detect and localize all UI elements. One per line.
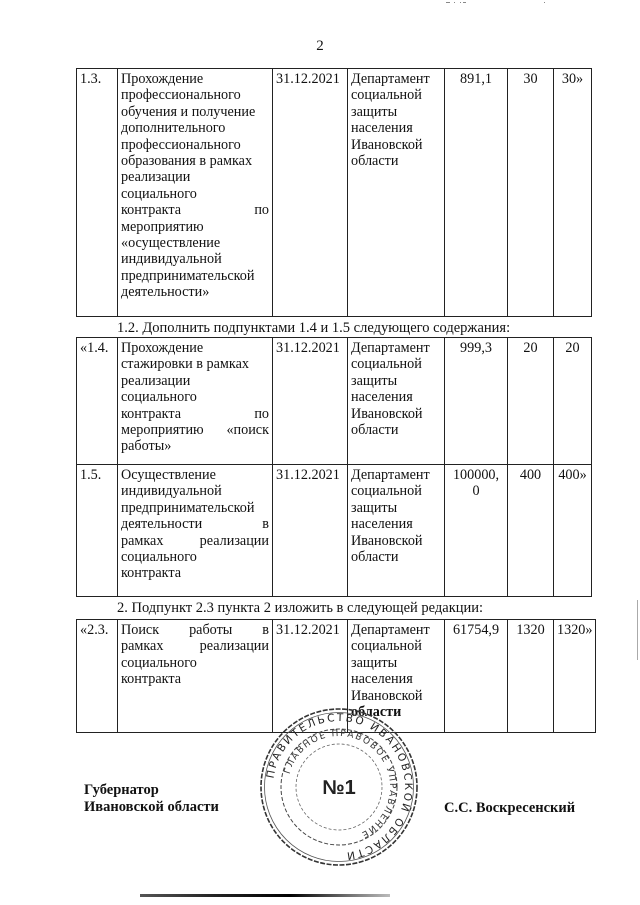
item-number: «2.3. [77,620,118,733]
table-row: «1.4. Прохождениестажировки в рамкахреал… [77,338,592,465]
scan-artifact [446,2,640,4]
table-row: 1.3. Прохождениепрофессиональногообучени… [77,69,592,317]
section-heading-1: 1.2. Дополнить подпунктами 1.4 и 1.5 сле… [117,320,510,337]
item-quantity-2: 1320» [554,620,596,733]
item-quantity-2: 400» [554,465,592,597]
item-description: Поискработыврамкахреализациисоциальногок… [118,620,273,733]
page-number: 2 [0,38,640,55]
item-responsible: ДепартаментсоциальнойзащитынаселенияИван… [348,69,445,317]
item-responsible: ДепартаментсоциальнойзащитынаселенияИван… [348,465,445,597]
item-quantity-1: 1320 [508,620,554,733]
item-deadline: 31.12.2021 [273,338,348,465]
signatory-title-line-2: Ивановской области [84,799,219,816]
table-row: 1.5. Осуществлениеиндивидуальнойпредприн… [77,465,592,597]
item-responsible: ДепартаментсоциальнойзащитынаселенияИван… [348,338,445,465]
bottom-rule [140,894,390,897]
item-number: 1.5. [77,465,118,597]
item-sum: 999,3 [445,338,508,465]
stamp-number: №1 [322,777,355,799]
item-deadline: 31.12.2021 [273,465,348,597]
item-quantity-1: 30 [508,69,554,317]
signatory-title: Губернатор Ивановской области [84,782,219,816]
item-deadline: 31.12.2021 [273,69,348,317]
scan-edge-line [637,600,638,660]
item-description: Прохождениепрофессиональногообучения и п… [118,69,273,317]
official-seal-stamp: ПРАВИТЕЛЬСТВО ИВАНОВСКОЙ ОБЛАСТИ ГЛАВНОЕ… [258,706,420,868]
item-quantity-1: 20 [508,338,554,465]
amendment-table-1: 1.3. Прохождениепрофессиональногообучени… [76,68,592,317]
item-number: 1.3. [77,69,118,317]
item-sum: 61754,9 [445,620,508,733]
section-heading-2: 2. Подпункт 2.3 пункта 2 изложить в след… [117,600,483,617]
item-description: Осуществлениеиндивидуальнойпредпринимате… [118,465,273,597]
item-quantity-2: 30» [554,69,592,317]
signatory-name: С.С. Воскресенский [444,800,575,817]
item-sum: 891,1 [445,69,508,317]
item-number: «1.4. [77,338,118,465]
amendment-table-2: «1.4. Прохождениестажировки в рамкахреал… [76,337,592,597]
item-quantity-1: 400 [508,465,554,597]
item-sum: 100000,0 [445,465,508,597]
item-quantity-2: 20 [554,338,592,465]
item-description: Прохождениестажировки в рамкахреализации… [118,338,273,465]
signatory-title-line-1: Губернатор [84,782,219,799]
